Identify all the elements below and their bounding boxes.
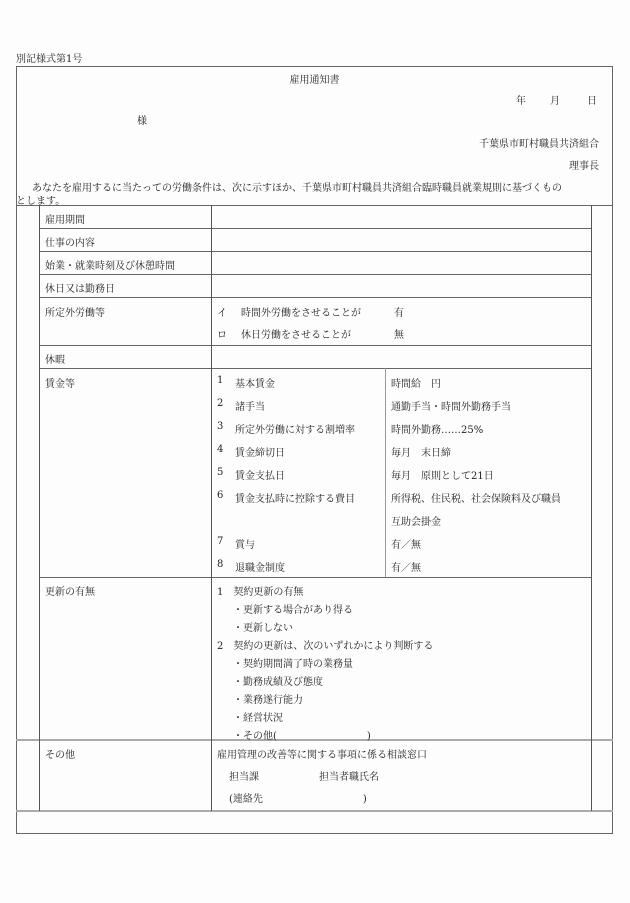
label-overtime: 所定外労働等 (45, 304, 105, 319)
date-month: 月 (550, 92, 560, 107)
wage-item: 賃金締切日 (235, 444, 285, 459)
wage-value-cont: 互助会掛金 (391, 513, 441, 528)
intro-line-1: あなたを雇用するに当たっての労働条件は、次に示すほか、千葉県市町村職員共済組合臨… (32, 179, 562, 194)
divider (39, 205, 40, 811)
overtime-answer-1: 有 (394, 304, 404, 319)
renewal-line: ・更新する場合があり得る (233, 601, 353, 616)
label-job-content: 仕事の内容 (45, 234, 95, 249)
wage-no: 3 (217, 421, 223, 432)
renewal-line: ・経営状況 (233, 709, 283, 724)
divider (591, 205, 592, 811)
wage-no: 4 (217, 444, 223, 455)
label-holidays: 休日又は勤務日 (45, 280, 115, 295)
label-other: その他 (45, 746, 75, 761)
wage-item: 賃金支払日 (235, 467, 285, 482)
wage-no: 2 (217, 398, 223, 409)
wage-value: 有／無 (391, 559, 421, 574)
wage-item: 賃金支払時に控除する費目 (235, 490, 355, 505)
divider (16, 205, 613, 206)
other-line: 担当課 担当者職氏名 (229, 768, 379, 783)
renewal-line: ・契約期間満了時の業務量 (233, 655, 353, 670)
label-leave: 休暇 (45, 351, 65, 366)
wage-value: 毎月 原則として21日 (391, 467, 494, 482)
divider (39, 228, 591, 229)
signatory: 理事長 (569, 157, 599, 172)
renewal-line: ・その他( ) (233, 727, 371, 742)
wage-value: 有／無 (391, 536, 421, 551)
recipient-suffix: 様 (137, 112, 147, 127)
divider (39, 368, 591, 369)
divider (211, 205, 212, 811)
renewal-line: 1 契約更新の有無 (217, 583, 303, 598)
wage-value: 時間給 円 (391, 375, 441, 390)
renewal-line: ・勤務成績及び態度 (233, 673, 323, 688)
wage-value: 所得税、住民税、社会保険料及び職員 (391, 490, 561, 505)
overtime-marker-2: ロ (217, 326, 227, 341)
form-id: 別記様式第1号 (16, 50, 82, 65)
wage-value: 時間外勤務……25% (391, 421, 483, 436)
wage-value: 毎月 末日締 (391, 444, 451, 459)
organization-name: 千葉県市町村職員共済組合 (479, 135, 599, 150)
wage-no: 8 (217, 559, 223, 570)
wage-value: 通勤手当・時間外勤務手当 (391, 398, 511, 413)
wage-no: 6 (217, 490, 223, 501)
divider (39, 297, 591, 298)
label-wages: 賃金等 (45, 375, 75, 390)
divider (39, 577, 591, 578)
document-title: 雇用通知書 (16, 71, 613, 86)
divider (16, 810, 613, 812)
other-line: 雇用管理の改善等に関する事項に係る相談窓口 (217, 746, 427, 761)
wage-item: 賞与 (235, 536, 255, 551)
divider (39, 345, 591, 346)
date-year: 年 (516, 92, 526, 107)
wage-item: 所定外労働に対する割増率 (235, 421, 355, 436)
wage-item: 諸手当 (235, 398, 265, 413)
renewal-line: ・業務遂行能力 (233, 691, 303, 706)
overtime-marker-1: イ (217, 304, 227, 319)
divider (39, 251, 591, 252)
date-day: 日 (587, 92, 597, 107)
wage-item: 退職金制度 (235, 559, 285, 574)
label-renewal: 更新の有無 (45, 583, 95, 598)
divider (39, 274, 591, 275)
overtime-text-1: 時間外労働をさせることが (241, 304, 361, 319)
divider (385, 368, 386, 577)
label-employment-period: 雇用期間 (45, 211, 85, 226)
renewal-line: 2 契約の更新は、次のいずれかにより判断する (217, 637, 433, 652)
wage-no: 7 (217, 536, 223, 547)
overtime-answer-2: 無 (394, 326, 404, 341)
overtime-text-2: 休日労働をさせることが (241, 326, 351, 341)
renewal-line: ・更新しない (233, 619, 293, 634)
label-work-hours: 始業・就業時刻及び休憩時間 (45, 257, 175, 272)
wage-no: 1 (217, 375, 223, 386)
wage-no: 5 (217, 467, 223, 478)
other-line: (連絡先 ) (229, 790, 367, 805)
wage-item: 基本賃金 (235, 375, 275, 390)
